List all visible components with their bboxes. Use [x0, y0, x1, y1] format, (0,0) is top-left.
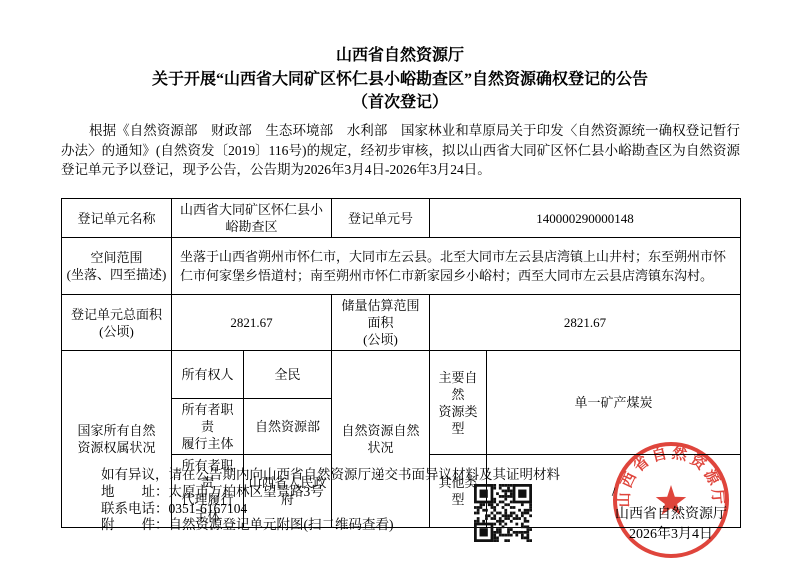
unit-name-label: 登记单元名称 — [62, 199, 172, 238]
reserve-area-value: 2821.67 — [430, 295, 741, 351]
title-sub: （首次登记） — [0, 91, 800, 115]
title-org: 山西省自然资源厅 — [0, 44, 800, 68]
main-type-label: 主要自然 资源类型 — [430, 351, 487, 455]
attachment-label: 附 件： — [101, 517, 169, 532]
attachment-value: 自然资源登记单元附图(扫二维码查看) — [169, 517, 394, 532]
qr-code-icon — [473, 484, 533, 542]
table-row: 登记单元名称 山西省大同矿区怀仁县小峪勘查区 登记单元号 14000029000… — [62, 199, 741, 238]
official-seal-icon: 山西省自然资源厅 — [607, 436, 735, 564]
document-title: 山西省自然资源厅 关于开展“山西省大同矿区怀仁县小峪勘查区”自然资源确权登记的公… — [0, 44, 800, 115]
reserve-area-label: 储量估算范围面积 (公顷) — [332, 295, 430, 351]
spatial-value: 坐落于山西省朔州市怀仁市，大同市左云县。北至大同市左云县店湾镇上山井村；东至朔州… — [172, 238, 741, 295]
total-area-label: 登记单元总面积 (公顷) — [62, 295, 172, 351]
announcement-page: 山西省自然资源厅 关于开展“山西省大同矿区怀仁县小峪勘查区”自然资源确权登记的公… — [0, 0, 800, 565]
phone-label: 联系电话： — [101, 501, 169, 516]
address-label: 地 址： — [101, 484, 169, 499]
unit-name-value: 山西省大同矿区怀仁县小峪勘查区 — [172, 199, 332, 238]
total-area-value: 2821.67 — [172, 295, 332, 351]
table-row: 空间范围 (坐落、四至描述) 坐落于山西省朔州市怀仁市，大同市左云县。北至大同市… — [62, 238, 741, 295]
phone-value: 0351-6167104 — [169, 501, 248, 516]
seal-star-icon — [656, 485, 686, 515]
owner-label: 所有权人 — [172, 351, 244, 399]
title-main: 关于开展“山西省大同矿区怀仁县小峪勘查区”自然资源确权登记的公告 — [0, 68, 800, 92]
unit-no-value: 140000290000148 — [430, 199, 741, 238]
address-value: 太原市万柏林区望景路3号 — [169, 484, 324, 499]
unit-no-label: 登记单元号 — [332, 199, 430, 238]
table-row: 国家所有自然 资源权属状况 所有权人 全民 自然资源自然状况 主要自然 资源类型… — [62, 351, 741, 399]
table-row: 登记单元总面积 (公顷) 2821.67 储量估算范围面积 (公顷) 2821.… — [62, 295, 741, 351]
duty-value: 自然资源部 — [244, 399, 332, 455]
objection-line: 如有异议，请在公告期内向山西省自然资源厅递交书面异议材料及其证明材料 — [101, 467, 560, 484]
owner-value: 全民 — [244, 351, 332, 399]
spatial-label: 空间范围 (坐落、四至描述) — [62, 238, 172, 295]
duty-label: 所有者职责 履行主体 — [172, 399, 244, 455]
announcement-paragraph: 根据《自然资源部 财政部 生态环境部 水利部 国家林业和草原局关于印发〈自然资源… — [61, 121, 740, 180]
